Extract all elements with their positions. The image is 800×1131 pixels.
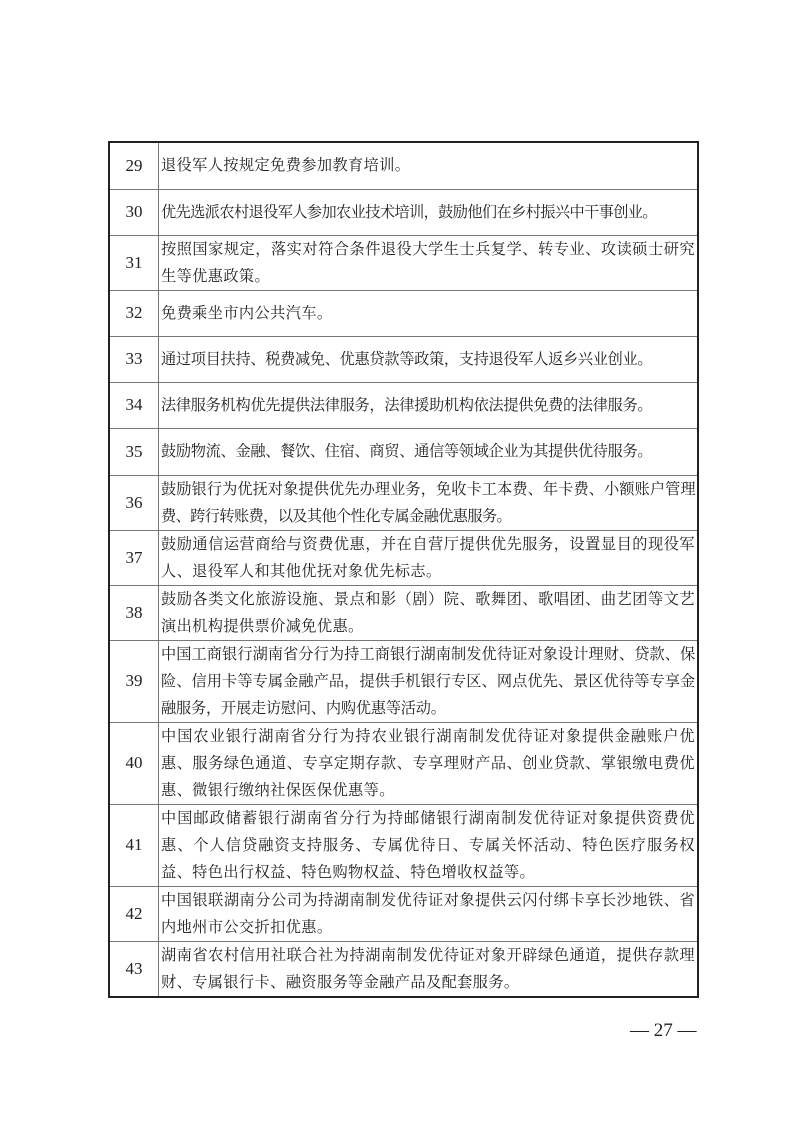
row-number: 39 — [109, 640, 159, 722]
row-number: 32 — [109, 290, 159, 336]
table-row: 39 中国工商银行湖南省分行为持工商银行湖南制发优待证对象设计理财、贷款、保险、… — [109, 640, 698, 722]
table-row: 42 中国银联湖南分公司为持湖南制发优待证对象提供云闪付绑卡享长沙地铁、省内地州… — [109, 886, 698, 941]
table-row: 29 退役军人按规定免费参加教育培训。 — [109, 142, 698, 189]
row-text: 鼓励银行为优抚对象提供优先办理业务，免收卡工本费、年卡费、小额账户管理费、跨行转… — [159, 475, 699, 530]
table-row: 38 鼓励各类文化旅游设施、景点和影（剧）院、歌舞团、歌唱团、曲艺团等文艺演出机… — [109, 585, 698, 640]
table-row: 36 鼓励银行为优抚对象提供优先办理业务，免收卡工本费、年卡费、小额账户管理费、… — [109, 475, 698, 530]
table-row: 32 免费乘坐市内公共汽车。 — [109, 290, 698, 336]
row-number: 31 — [109, 235, 159, 290]
row-text: 法律服务机构优先提供法律服务，法律援助机构依法提供免费的法律服务。 — [159, 382, 699, 428]
row-text: 鼓励物流、金融、餐饮、住宿、商贸、通信等领域企业为其提供优待服务。 — [159, 428, 699, 475]
row-number: 29 — [109, 142, 159, 189]
policy-table-body: 29 退役军人按规定免费参加教育培训。 30 优先选派农村退役军人参加农业技术培… — [109, 142, 698, 997]
row-number: 37 — [109, 530, 159, 585]
table-row: 34 法律服务机构优先提供法律服务，法律援助机构依法提供免费的法律服务。 — [109, 382, 698, 428]
table-row: 33 通过项目扶持、税费减免、优惠贷款等政策，支持退役军人返乡兴业创业。 — [109, 336, 698, 382]
row-number: 36 — [109, 475, 159, 530]
row-text: 中国工商银行湖南省分行为持工商银行湖南制发优待证对象设计理财、贷款、保险、信用卡… — [159, 640, 699, 722]
row-number: 41 — [109, 804, 159, 886]
row-text: 鼓励通信运营商给与资费优惠，并在自营厅提供优先服务，设置显目的现役军人、退役军人… — [159, 530, 699, 585]
row-number: 35 — [109, 428, 159, 475]
row-text: 鼓励各类文化旅游设施、景点和影（剧）院、歌舞团、歌唱团、曲艺团等文艺演出机构提供… — [159, 585, 699, 640]
row-number: 33 — [109, 336, 159, 382]
table-row: 37 鼓励通信运营商给与资费优惠，并在自营厅提供优先服务，设置显目的现役军人、退… — [109, 530, 698, 585]
row-text: 免费乘坐市内公共汽车。 — [159, 290, 699, 336]
row-number: 38 — [109, 585, 159, 640]
row-number: 42 — [109, 886, 159, 941]
row-text: 按照国家规定，落实对符合条件退役大学生士兵复学、转专业、攻读硕士研究生等优惠政策… — [159, 235, 699, 290]
table-row: 31 按照国家规定，落实对符合条件退役大学生士兵复学、转专业、攻读硕士研究生等优… — [109, 235, 698, 290]
row-text: 中国银联湖南分公司为持湖南制发优待证对象提供云闪付绑卡享长沙地铁、省内地州市公交… — [159, 886, 699, 941]
row-number: 43 — [109, 941, 159, 997]
row-text: 湖南省农村信用社联合社为持湖南制发优待证对象开辟绿色通道，提供存款理财、专属银行… — [159, 941, 699, 997]
row-text: 通过项目扶持、税费减免、优惠贷款等政策，支持退役军人返乡兴业创业。 — [159, 336, 699, 382]
table-row: 41 中国邮政储蓄银行湖南省分行为持邮储银行湖南制发优待证对象提供资费优惠、个人… — [109, 804, 698, 886]
row-text: 退役军人按规定免费参加教育培训。 — [159, 142, 699, 189]
row-text: 中国农业银行湖南省分行为持农业银行湖南制发优待证对象提供金融账户优惠、服务绿色通… — [159, 722, 699, 804]
table-row: 30 优先选派农村退役军人参加农业技术培训，鼓励他们在乡村振兴中干事创业。 — [109, 189, 698, 235]
document-page: 29 退役军人按规定免费参加教育培训。 30 优先选派农村退役军人参加农业技术培… — [0, 0, 800, 1131]
page-number: — 27 — — [630, 1020, 697, 1042]
table-row: 40 中国农业银行湖南省分行为持农业银行湖南制发优待证对象提供金融账户优惠、服务… — [109, 722, 698, 804]
row-number: 40 — [109, 722, 159, 804]
row-text: 优先选派农村退役军人参加农业技术培训，鼓励他们在乡村振兴中干事创业。 — [159, 189, 699, 235]
table-row: 43 湖南省农村信用社联合社为持湖南制发优待证对象开辟绿色通道，提供存款理财、专… — [109, 941, 698, 997]
table-row: 35 鼓励物流、金融、餐饮、住宿、商贸、通信等领域企业为其提供优待服务。 — [109, 428, 698, 475]
policy-table: 29 退役军人按规定免费参加教育培训。 30 优先选派农村退役军人参加农业技术培… — [108, 141, 699, 998]
row-number: 34 — [109, 382, 159, 428]
row-text: 中国邮政储蓄银行湖南省分行为持邮储银行湖南制发优待证对象提供资费优惠、个人信贷融… — [159, 804, 699, 886]
row-number: 30 — [109, 189, 159, 235]
